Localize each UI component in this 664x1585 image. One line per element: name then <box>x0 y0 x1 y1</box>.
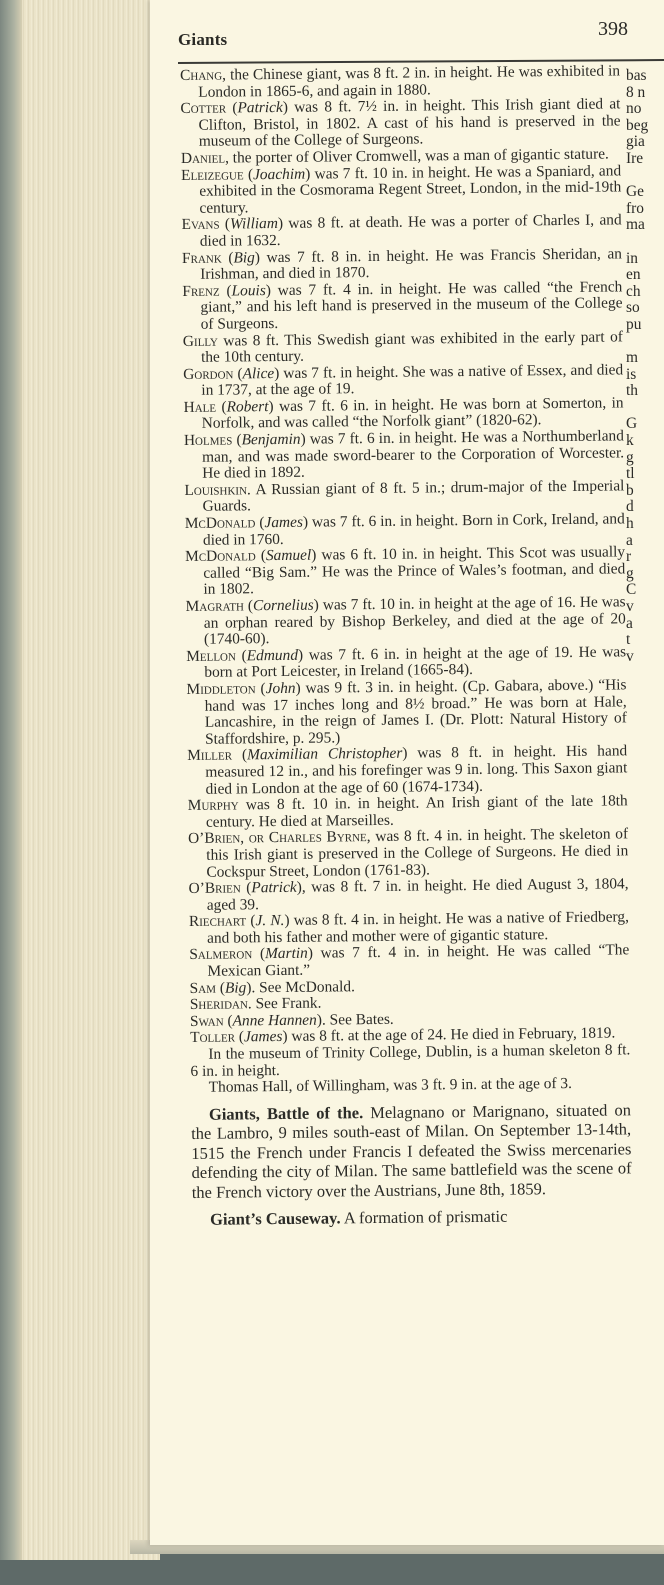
entry-given-name: Anne Hannen <box>233 1011 317 1029</box>
entry: Eleizegue (Joachim) was 7 ft. 10 in. in … <box>181 163 621 217</box>
fragment-line: C <box>626 582 664 599</box>
entry-name: Riechart <box>189 913 246 931</box>
entry: McDonald (Samuel) was 6 ft. 10 in. in he… <box>185 545 625 599</box>
entry-text: . See McDonald. <box>251 978 355 996</box>
fragment-line <box>626 334 664 351</box>
entry: Holmes (Benjamin) was 7 ft. 6 in. in hei… <box>184 428 624 482</box>
entry-given-name: Martin <box>265 945 308 962</box>
article-headword: Giant’s Causeway. <box>210 1209 341 1229</box>
entry-name: Holmes <box>184 432 233 450</box>
adjacent-column-fragment: bas8 nnobeggiaIreGefromainenchsopumisthG… <box>626 68 664 665</box>
fragment-line: a <box>626 616 664 633</box>
fragment-line: Ge <box>626 184 664 201</box>
entry-text: . See Bates. <box>322 1011 394 1029</box>
fragment-line: a <box>626 533 664 550</box>
entry: O’Brien, or Charles Byrne, was 8 ft. 4 i… <box>188 827 628 881</box>
entry-name: O’Brien <box>189 880 241 898</box>
fragment-line <box>626 400 664 417</box>
entry-name: Swan <box>190 1012 224 1029</box>
fragment-line: fro <box>626 201 664 218</box>
fragment-line: g <box>626 450 664 467</box>
entry-given-name: Louis <box>231 282 265 299</box>
fragment-line: v <box>626 599 664 616</box>
article-paragraph: Giants, Battle of the. Melagnano or Mari… <box>191 1100 632 1202</box>
fragment-line: 8 n <box>626 85 664 102</box>
entry-given-name: James <box>264 514 303 531</box>
entry-given-name: William <box>230 215 278 233</box>
entry-name: Toller <box>190 1029 235 1046</box>
fragment-line: pu <box>626 317 664 334</box>
fragment-line: is <box>626 367 664 384</box>
entry: Middleton (John) was 9 ft. 3 in. in heig… <box>186 677 627 748</box>
entry-name: Gilly <box>183 332 218 349</box>
fragment-line: d <box>626 499 664 516</box>
entry-given-name: Samuel <box>266 547 311 564</box>
entry-text: was 8 ft. This Swedish giant was exhibit… <box>201 328 623 366</box>
entry-given-name: Patrick <box>251 879 296 896</box>
entry-name: Miller <box>187 747 232 764</box>
entry-text: . A Russian giant of 8 ft. 5 in.; drum-m… <box>203 477 625 515</box>
entry: Cotter (Patrick) was 8 ft. 7½ in. in hei… <box>180 97 620 151</box>
entry: Salmeron (Martin) was 7 ft. 4 in. in hei… <box>189 943 629 981</box>
entry-given-name: John <box>266 680 296 697</box>
entry-given-name: Joachim <box>253 165 305 183</box>
entry-name: Gordon <box>183 365 233 383</box>
giants-entry-list: Chang, the Chinese giant, was 8 ft. 2 in… <box>180 63 630 1047</box>
entry-given-name: J. N. <box>255 912 284 929</box>
fragment-line: ch <box>626 284 664 301</box>
entry-name: Daniel <box>181 150 225 167</box>
fragment-line: k <box>626 433 664 450</box>
article-paragraph: Giant’s Causeway. A formation of prismat… <box>192 1206 632 1230</box>
entry-given-name: Big <box>233 249 255 266</box>
fragment-line: in <box>626 251 664 268</box>
fragment-line: G <box>626 416 664 433</box>
entry-name: Salmeron <box>189 946 252 964</box>
fragment-line: h <box>626 516 664 533</box>
entry-text: was 7 ft. 8 in. in height. He was Franci… <box>200 245 622 283</box>
fragment-line: v <box>626 649 664 666</box>
entry-given-name: Patrick <box>237 99 282 116</box>
article-text: A formation of prismatic <box>340 1207 507 1228</box>
entry-text: , the Chinese giant, was 8 ft. 2 in. in … <box>198 62 620 100</box>
note-paragraph: Thomas Hall, of Willingham, was 3 ft. 9 … <box>191 1076 631 1097</box>
fragment-line: r <box>626 549 664 566</box>
fragment-line: th <box>626 383 664 400</box>
fragment-line <box>626 234 664 251</box>
fragment-line <box>626 168 664 185</box>
entry-name: Magrath <box>186 597 244 615</box>
entry-name: Frenz <box>182 282 219 299</box>
entry-name: Murphy <box>188 797 239 815</box>
notes: In the museum of Trinity College, Dublin… <box>190 1042 630 1096</box>
page-number: 398 <box>598 18 628 41</box>
entry-given-name: Big <box>225 979 247 996</box>
entry-name: Cotter <box>180 100 226 117</box>
fragment-line: gia <box>626 134 664 151</box>
entry-name: Mellon <box>186 647 236 665</box>
entry-name: Middleton <box>186 680 255 698</box>
fragment-line: so <box>626 300 664 317</box>
entry-name: Hale <box>183 399 216 416</box>
fragment-line: bas <box>626 68 664 85</box>
entry-name: Evans <box>182 216 220 233</box>
fragment-line: t <box>626 632 664 649</box>
fragment-line: no <box>626 101 664 118</box>
entry-name: Frank <box>182 249 222 266</box>
book-page: Giants 398 Chang, the Chinese giant, was… <box>150 0 664 1545</box>
entry: Magrath (Cornelius) was 7 ft. 10 in. in … <box>186 594 626 648</box>
fragment-line: m <box>626 350 664 367</box>
entry-text: . See Frank. <box>248 995 322 1013</box>
entry-name: McDonald <box>185 547 256 565</box>
fragment-line: b <box>626 483 664 500</box>
entry-name: McDonald <box>185 514 256 532</box>
entry-name: Sheridan <box>190 996 248 1014</box>
entry-given-name: Robert <box>227 398 269 415</box>
entry-given-name: Benjamin <box>241 431 300 449</box>
entry-name: Eleizegue <box>181 166 244 184</box>
entry-given-name: Maximilian Christopher <box>247 745 402 764</box>
entry-given-name: Alice <box>242 365 274 382</box>
main-column: Chang, the Chinese giant, was 8 ft. 2 in… <box>180 63 632 1229</box>
fragment-line: ma <box>626 217 664 234</box>
entry-name: Chang <box>180 67 222 84</box>
page-edges <box>0 0 160 1560</box>
fragment-line: tl <box>626 466 664 483</box>
fragment-line: g <box>626 566 664 583</box>
running-head: Giants <box>178 30 227 50</box>
fragment-line: en <box>626 267 664 284</box>
entry-name: Sam <box>190 979 216 996</box>
fragment-line: Ire <box>626 151 664 168</box>
entry-given-name: Edmund <box>247 647 298 665</box>
entry: Miller (Maximilian Christopher) was 8 ft… <box>187 744 627 798</box>
entry-name: Louishkin <box>184 481 247 499</box>
entry-text: was 8 ft. 10 in. in height. An Irish gia… <box>206 792 628 830</box>
entry-given-name: James <box>244 1028 283 1045</box>
entry: Frenz (Louis) was 7 ft. 4 in. in height.… <box>182 279 622 333</box>
article-headword: Giants, Battle of the. <box>209 1103 363 1124</box>
fragment-line: beg <box>626 118 664 135</box>
articles: Giants, Battle of the. Melagnano or Mari… <box>191 1100 632 1230</box>
entry-given-name: Cornelius <box>253 597 314 615</box>
